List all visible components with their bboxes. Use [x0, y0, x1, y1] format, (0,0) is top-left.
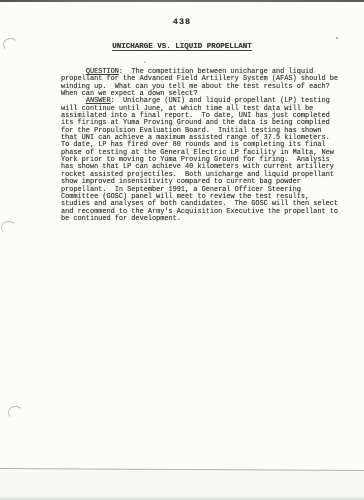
- scan-speck: [336, 37, 338, 39]
- document-body: QUESTION: The competition between unicha…: [61, 69, 357, 223]
- answer-paragraph: ANSWER: Unicharge (UNI) and liquid prope…: [61, 98, 357, 223]
- scan-top-edge-line: [0, 0, 364, 2]
- answer-text: : Unicharge (UNI) and liquid propellant …: [61, 97, 338, 223]
- punch-hole-mark-bottom: [8, 406, 23, 419]
- punch-hole-mark-top: [3, 38, 18, 51]
- scan-speck: [144, 61, 146, 63]
- question-paragraph: QUESTION: The competition between unicha…: [61, 69, 357, 98]
- document-page: 438 UNICHARGE VS. LIQUID PROPELLANT QUES…: [0, 0, 364, 500]
- document-title: UNICHARGE VS. LIQUID PROPELLANT: [0, 43, 364, 51]
- scan-bottom-shadow: [0, 496, 364, 500]
- page-number: 438: [0, 17, 364, 27]
- punch-hole-mark-middle: [1, 221, 16, 234]
